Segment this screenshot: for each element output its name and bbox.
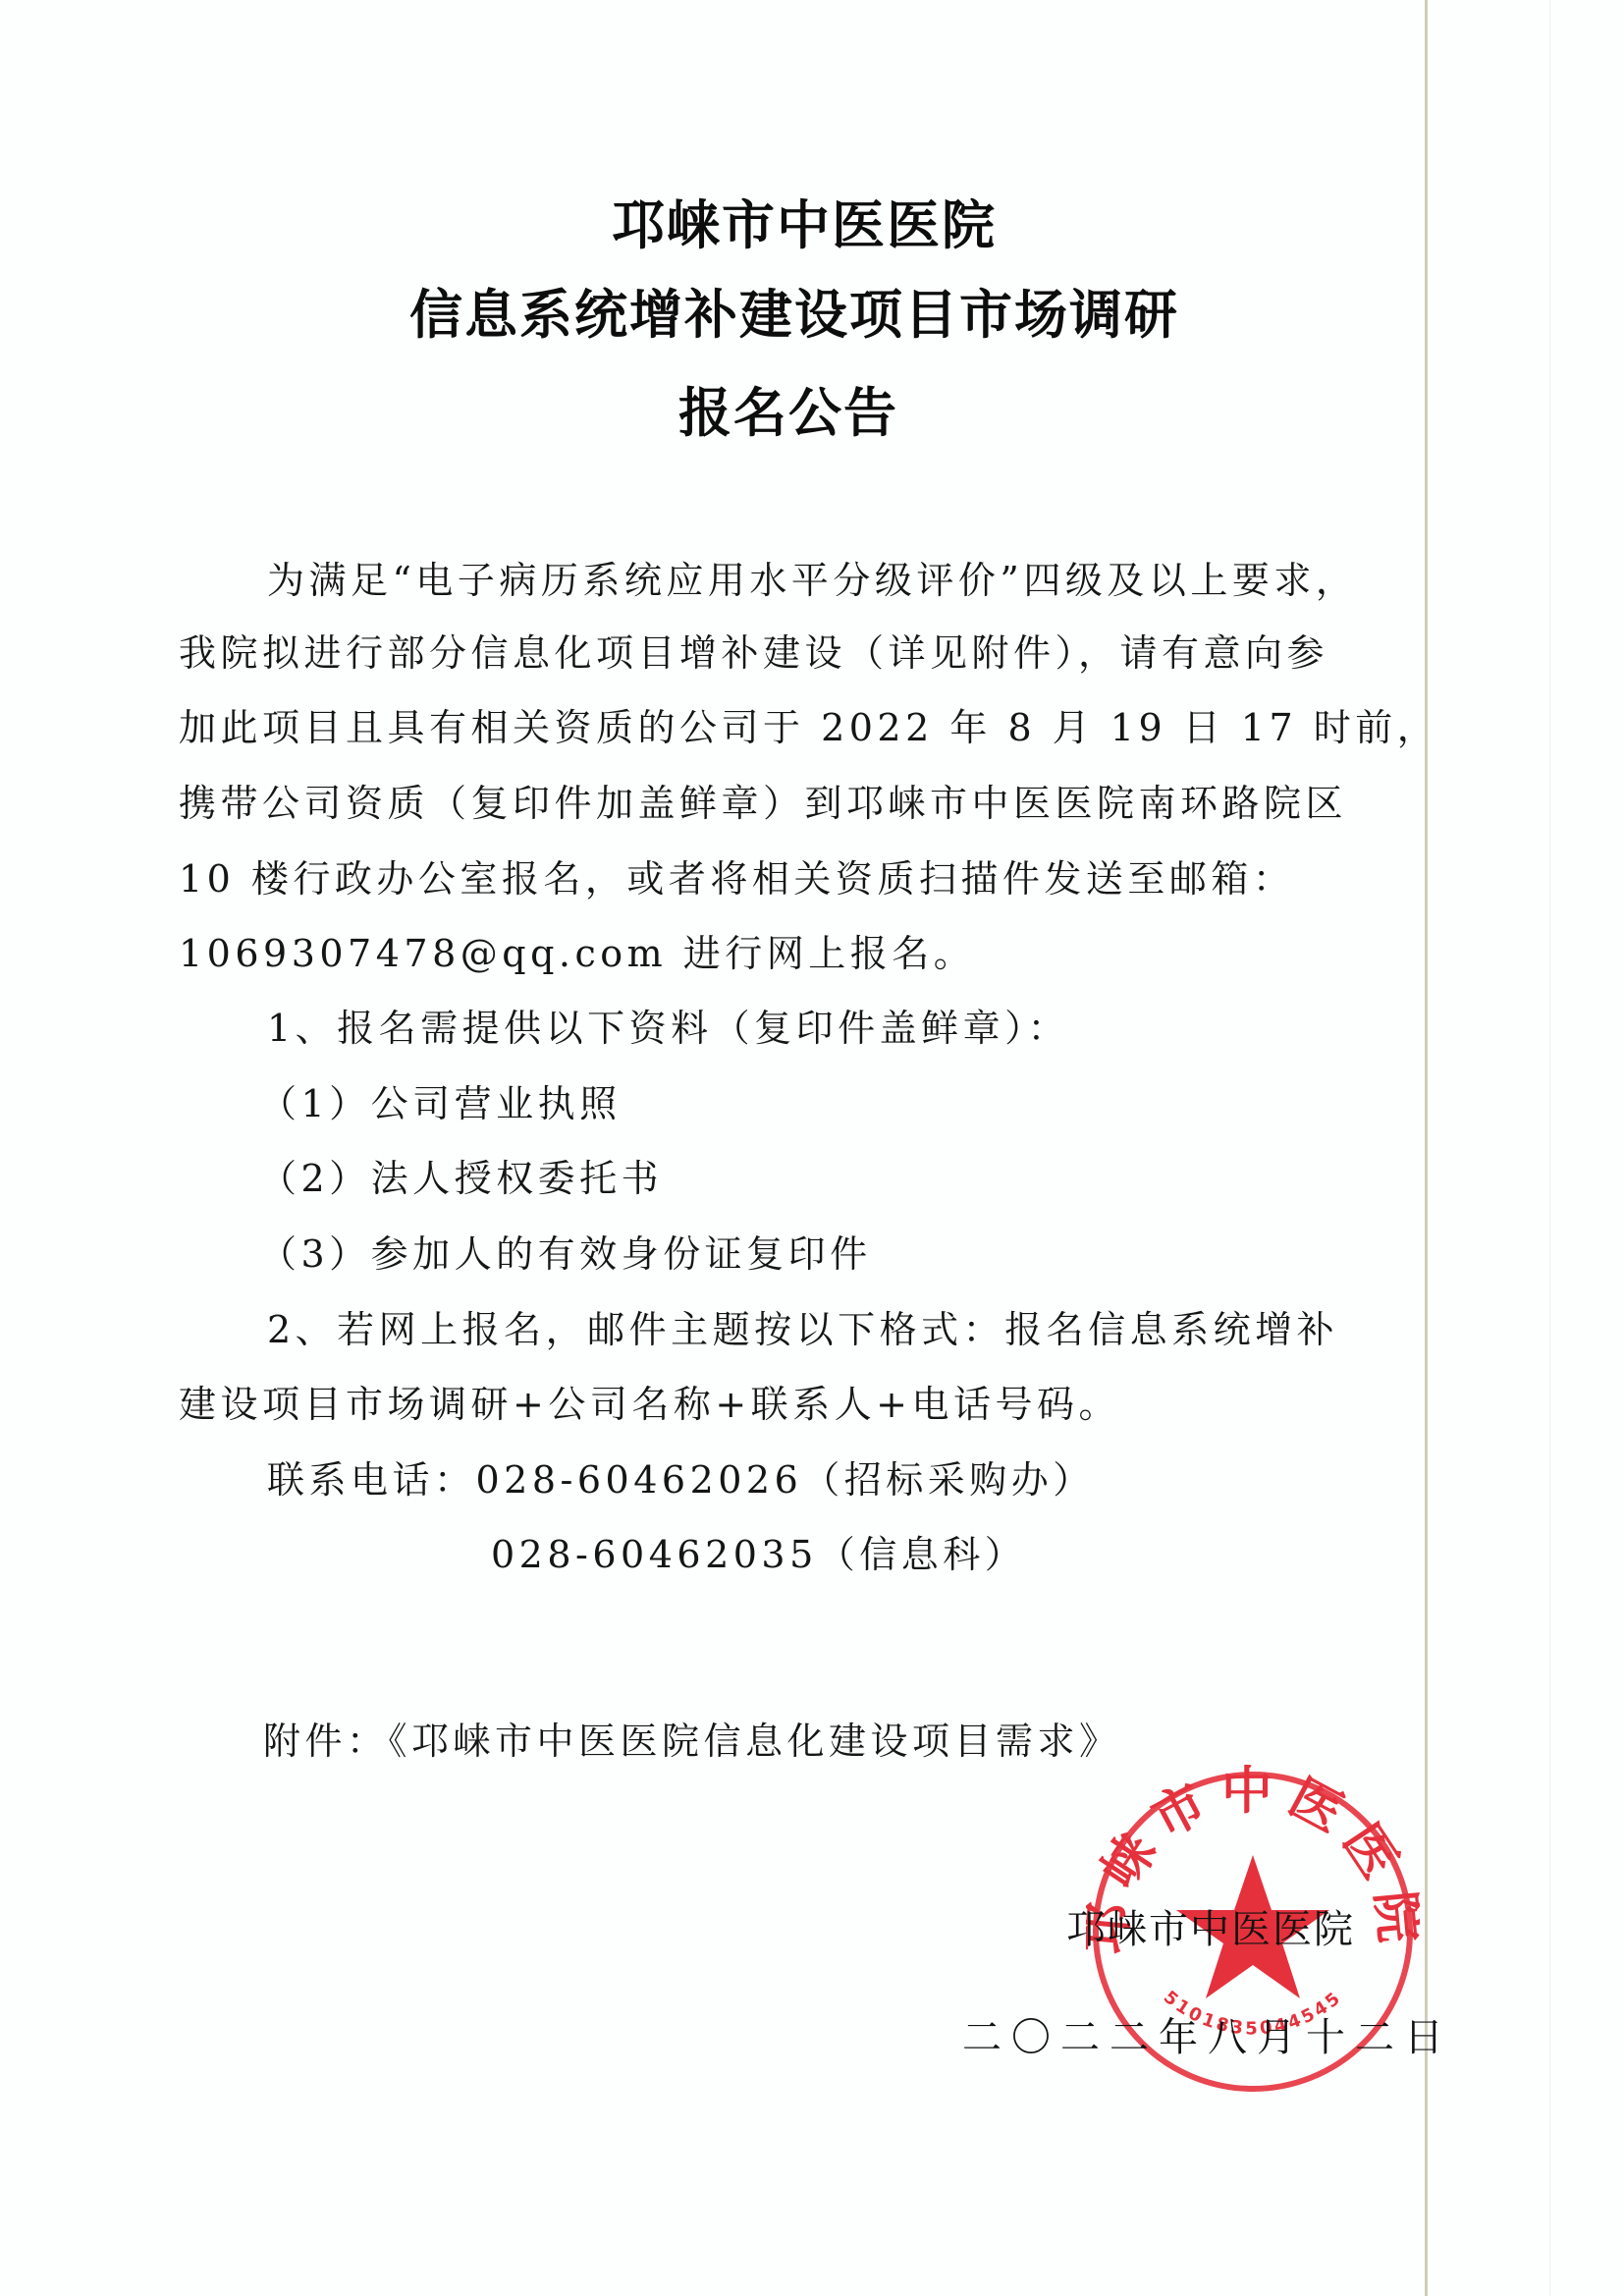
body-line-5: 10 楼行政办公室报名，或者将相关资质扫描件发送至邮箱：: [179, 854, 1294, 903]
requirement-item-3: （3）参加人的有效身份证复印件: [259, 1230, 872, 1279]
body-line-3: 加此项目且具有相关资质的公司于 2022 年 8 月 19 日 17 时前，: [179, 703, 1438, 752]
title-project-name: 信息系统增补建设项目市场调研: [0, 286, 1606, 345]
requirements-heading: 1、报名需提供以下资料（复印件盖鲜章）：: [267, 1004, 1069, 1053]
title-hospital-name: 邛崃市中医医院: [0, 196, 1616, 255]
document-page: 邛崃市中医医院 信息系统增补建设项目市场调研 报名公告 为满足“电子病历系统应用…: [0, 0, 1624, 2296]
signature-organization: 邛崃市中医医院: [1066, 1905, 1355, 1954]
title-announcement: 报名公告: [0, 384, 1600, 443]
requirement-item-2: （2）法人授权委托书: [259, 1154, 663, 1203]
body-line-1: 为满足“电子病历系统应用水平分级评价”四级及以上要求，: [267, 556, 1357, 605]
signature-date: 二〇二二年八月十二日: [962, 2013, 1453, 2062]
contact-phone-1: 联系电话：028-60462026（招标采购办）: [267, 1455, 1095, 1504]
attachment-line: 附件：《邛崃市中医医院信息化建设项目需求》: [263, 1717, 1121, 1766]
requirement-item-1: （1）公司营业执照: [259, 1079, 622, 1128]
online-format-line-1: 2、若网上报名，邮件主题按以下格式：报名信息系统增补: [267, 1305, 1338, 1354]
body-line-4: 携带公司资质（复印件加盖鲜章）到邛崃市中医医院南环路院区: [179, 779, 1347, 828]
body-line-email: 1069307478@qq.com 进行网上报名。: [179, 929, 975, 978]
online-format-line-2: 建设项目市场调研+公司名称+联系人+电话号码。: [179, 1380, 1120, 1429]
contact-phone-2: 028-60462035（信息科）: [491, 1530, 1026, 1579]
body-line-2: 我院拟进行部分信息化项目增补建设（详见附件），请有意向参: [179, 629, 1328, 678]
